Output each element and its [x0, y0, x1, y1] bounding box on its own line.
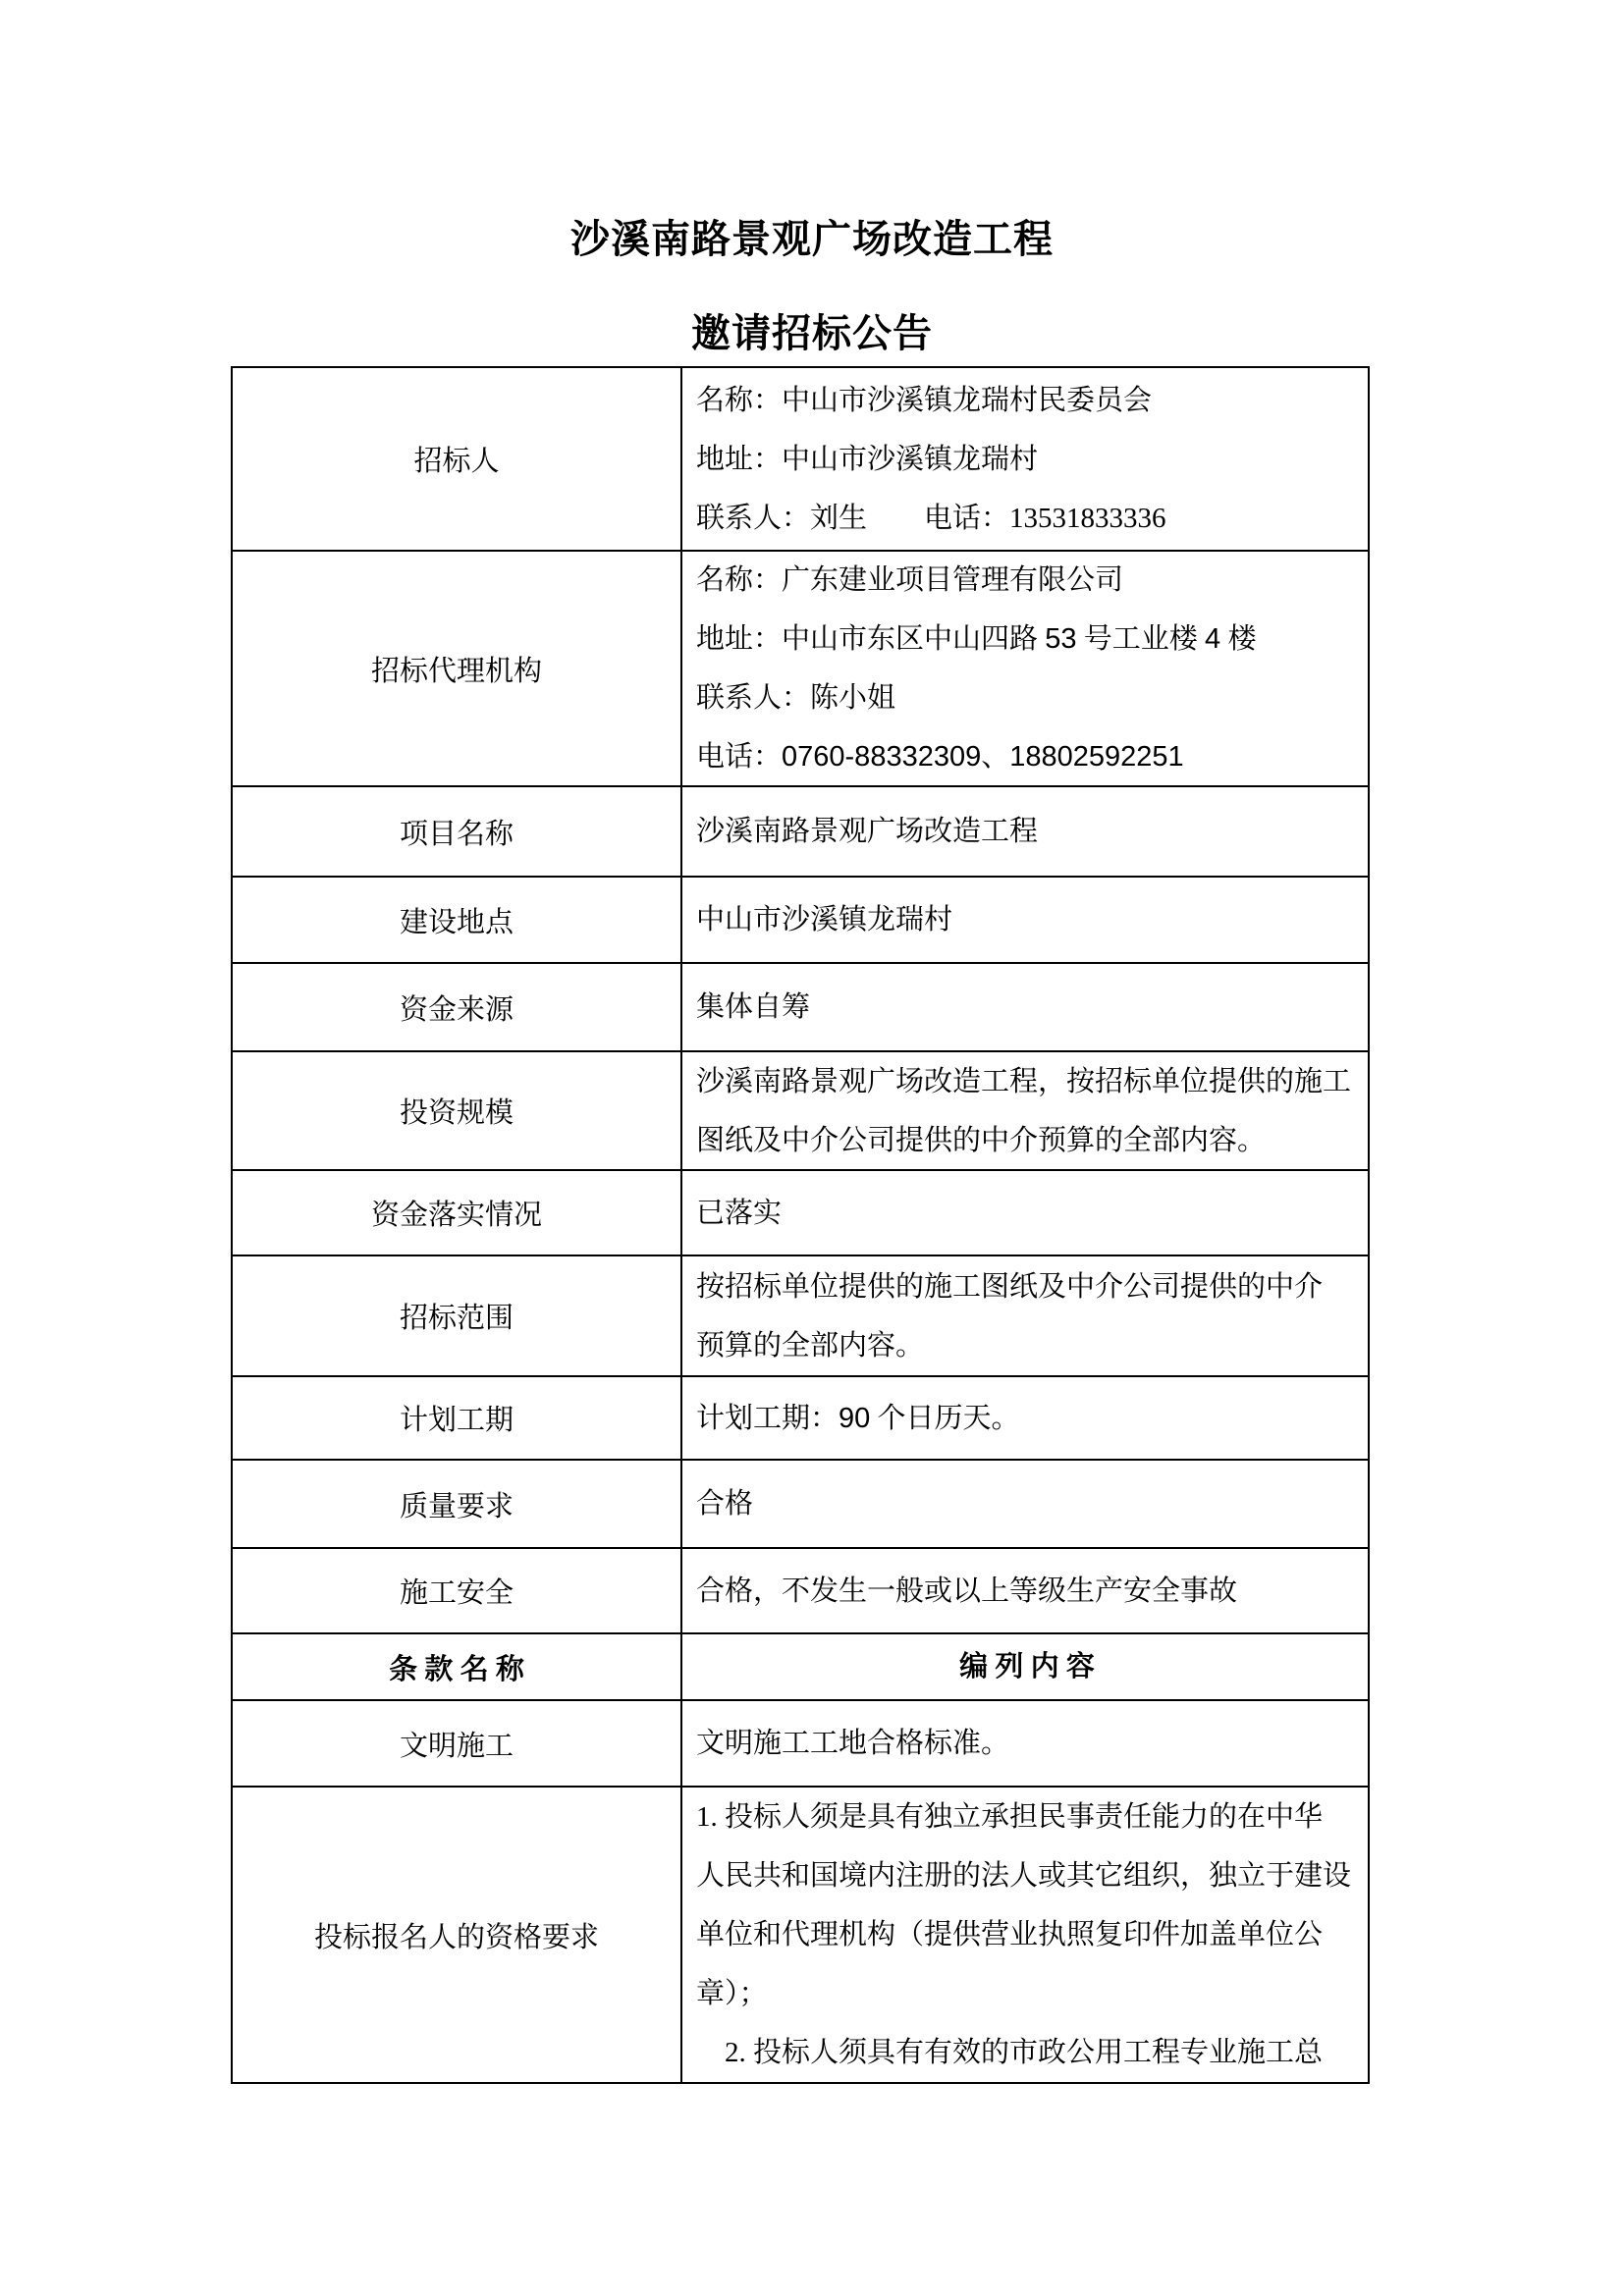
- content-line: 联系人：刘生 电话：13531833336: [696, 489, 1358, 548]
- document-page: 沙溪南路景观广场改造工程 邀请招标公告 招标人 名称：中山市沙溪镇龙瑞村民委员会…: [0, 0, 1624, 2296]
- content-line: 图纸及中介公司提供的中介预算的全部内容。: [696, 1111, 1358, 1170]
- table-row-tender-scope: 招标范围 按招标单位提供的施工图纸及中介公司提供的中介 预算的全部内容。: [233, 1255, 1368, 1375]
- row-content: 名称：广东建业项目管理有限公司 地址：中山市东区中山四路 53 号工业楼 4 楼…: [682, 552, 1368, 785]
- table-row-location: 建设地点 中山市沙溪镇龙瑞村: [233, 876, 1368, 962]
- row-label: 资金来源: [233, 964, 682, 1050]
- content-line: 地址：中山市沙溪镇龙瑞村: [696, 430, 1358, 489]
- row-label: 项目名称: [233, 787, 682, 876]
- content-line: 预算的全部内容。: [696, 1316, 1358, 1375]
- content-line: 地址：中山市东区中山四路 53 号工业楼 4 楼: [696, 610, 1358, 668]
- tender-info-table: 招标人 名称：中山市沙溪镇龙瑞村民委员会 地址：中山市沙溪镇龙瑞村 联系人：刘生…: [231, 366, 1370, 2084]
- table-row-quality-requirement: 质量要求 合格: [233, 1459, 1368, 1547]
- row-label: 招标范围: [233, 1256, 682, 1375]
- row-label: 投标报名人的资格要求: [233, 1788, 682, 2082]
- content-line: 计划工期：90 个日历天。: [696, 1389, 1358, 1448]
- row-label: 招标人: [233, 368, 682, 550]
- row-content: 按招标单位提供的施工图纸及中介公司提供的中介 预算的全部内容。: [682, 1256, 1368, 1375]
- content-line: 2. 投标人须具有有效的市政公用工程专业施工总: [696, 2023, 1358, 2082]
- table-row-clause-header: 条 款 名 称 编 列 内 容: [233, 1632, 1368, 1699]
- clause-name-header: 条 款 名 称: [233, 1634, 682, 1699]
- content-line: 沙溪南路景观广场改造工程: [696, 802, 1358, 861]
- row-content: 1. 投标人须是具有独立承担民事责任能力的在中华 人民共和国境内注册的法人或其它…: [682, 1788, 1368, 2082]
- table-row-investment-scale: 投资规模 沙溪南路景观广场改造工程，按招标单位提供的施工 图纸及中介公司提供的中…: [233, 1050, 1368, 1169]
- content-line: 人民共和国境内注册的法人或其它组织，独立于建设: [696, 1846, 1358, 1905]
- table-row-bidder-qualification: 投标报名人的资格要求 1. 投标人须是具有独立承担民事责任能力的在中华 人民共和…: [233, 1786, 1368, 2082]
- content-line: 按招标单位提供的施工图纸及中介公司提供的中介: [696, 1257, 1358, 1316]
- document-subtitle: 邀请招标公告: [0, 302, 1624, 358]
- content-line: 集体自筹: [696, 978, 1358, 1037]
- table-row-planned-duration: 计划工期 计划工期：90 个日历天。: [233, 1375, 1368, 1459]
- row-label: 招标代理机构: [233, 552, 682, 785]
- content-line: 1. 投标人须是具有独立承担民事责任能力的在中华: [696, 1788, 1358, 1846]
- row-content: 合格，不发生一般或以上等级生产安全事故: [682, 1549, 1368, 1632]
- row-content: 中山市沙溪镇龙瑞村: [682, 878, 1368, 962]
- content-line: 联系人：陈小姐: [696, 668, 1358, 727]
- content-line: 单位和代理机构（提供营业执照复印件加盖单位公: [696, 1905, 1358, 1964]
- table-row-bidder: 招标人 名称：中山市沙溪镇龙瑞村民委员会 地址：中山市沙溪镇龙瑞村 联系人：刘生…: [233, 368, 1368, 550]
- table-row-project-name: 项目名称 沙溪南路景观广场改造工程: [233, 785, 1368, 876]
- content-line: 沙溪南路景观广场改造工程，按招标单位提供的施工: [696, 1052, 1358, 1111]
- content-line: 编 列 内 容: [959, 1637, 1095, 1696]
- content-line: 文明施工工地合格标准。: [696, 1714, 1358, 1773]
- document-title: 沙溪南路景观广场改造工程: [0, 208, 1624, 264]
- table-row-fund-source: 资金来源 集体自筹: [233, 962, 1368, 1050]
- content-line: 中山市沙溪镇龙瑞村: [696, 890, 1358, 949]
- row-content: 名称：中山市沙溪镇龙瑞村民委员会 地址：中山市沙溪镇龙瑞村 联系人：刘生 电话：…: [682, 368, 1368, 550]
- row-label: 计划工期: [233, 1377, 682, 1459]
- row-content: 集体自筹: [682, 964, 1368, 1050]
- row-label: 施工安全: [233, 1549, 682, 1632]
- row-content: 沙溪南路景观广场改造工程: [682, 787, 1368, 876]
- content-line: 合格，不发生一般或以上等级生产安全事故: [696, 1562, 1358, 1621]
- content-line: 已落实: [696, 1184, 1358, 1243]
- content-line: 名称：中山市沙溪镇龙瑞村民委员会: [696, 371, 1358, 430]
- clause-content-header: 编 列 内 容: [682, 1634, 1368, 1699]
- content-line: 电话：0760-88332309、18802592251: [696, 727, 1358, 785]
- row-content: 合格: [682, 1461, 1368, 1547]
- row-content: 已落实: [682, 1171, 1368, 1255]
- content-line: 合格: [696, 1474, 1358, 1533]
- row-content: 计划工期：90 个日历天。: [682, 1377, 1368, 1459]
- row-label: 投资规模: [233, 1052, 682, 1169]
- table-row-agency: 招标代理机构 名称：广东建业项目管理有限公司 地址：中山市东区中山四路 53 号…: [233, 550, 1368, 785]
- row-content: 文明施工工地合格标准。: [682, 1701, 1368, 1786]
- row-label: 文明施工: [233, 1701, 682, 1786]
- table-row-fund-status: 资金落实情况 已落实: [233, 1169, 1368, 1255]
- row-label: 质量要求: [233, 1461, 682, 1547]
- content-line: 名称：广东建业项目管理有限公司: [696, 552, 1358, 610]
- table-row-civilized-construction: 文明施工 文明施工工地合格标准。: [233, 1699, 1368, 1786]
- content-line: 章）；: [696, 1964, 1358, 2023]
- table-row-construction-safety: 施工安全 合格，不发生一般或以上等级生产安全事故: [233, 1547, 1368, 1632]
- row-content: 沙溪南路景观广场改造工程，按招标单位提供的施工 图纸及中介公司提供的中介预算的全…: [682, 1052, 1368, 1169]
- row-label: 建设地点: [233, 878, 682, 962]
- row-label: 资金落实情况: [233, 1171, 682, 1255]
